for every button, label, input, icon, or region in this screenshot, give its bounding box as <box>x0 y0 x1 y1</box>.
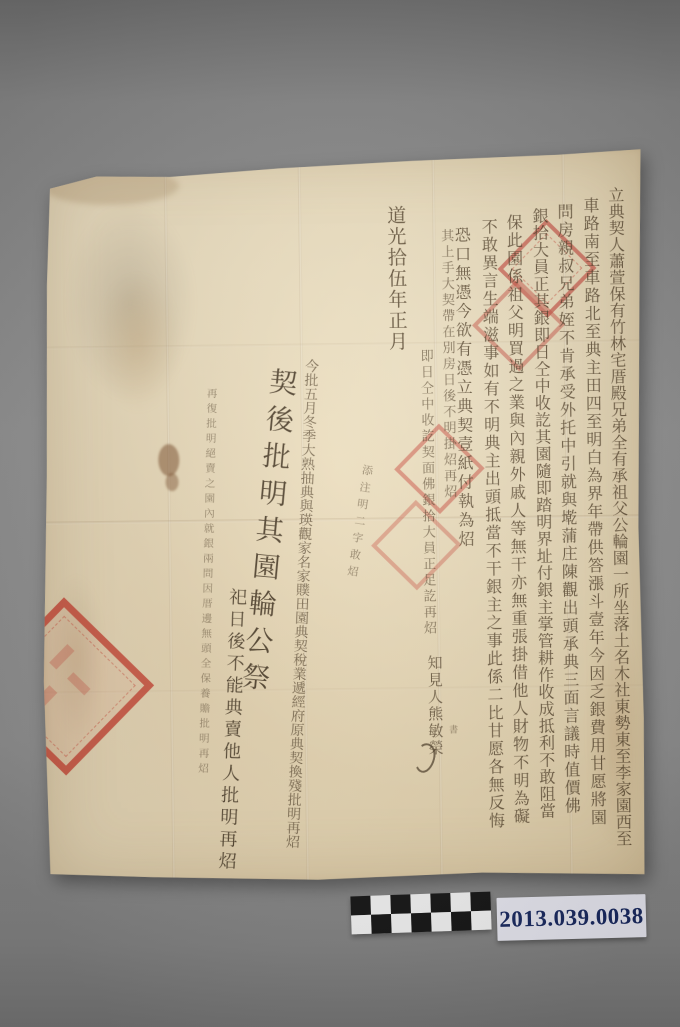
deed-side-note-1: 其上手大契帶在別房日後不明掛炤再炤 <box>438 229 455 529</box>
crease-line <box>164 152 176 885</box>
red-seal-stamp-left-edge <box>0 597 154 775</box>
deed-column-1: 立典契人蕭萱保有竹林宅厝殿兄弟全有承祖父公輪園一所坐落土名木社東勢東至李家園西至 <box>606 187 631 877</box>
scale-bar-square <box>430 893 451 913</box>
annotation-slanted-note: 添注明二字敢炤 <box>342 464 373 599</box>
seal-inner-border <box>0 616 136 757</box>
scale-bar-square <box>410 894 431 914</box>
deed-column-3: 問房親叔兄弟姪不肯承受外托中引就與墘蒲庄陳觀出頭承典三面言議時值價佛 <box>555 203 580 853</box>
museum-photo-scene: 立典契人蕭萱保有竹林宅厝殿兄弟全有承祖父公輪園一所坐落土名木社東勢東至李家園西至… <box>0 0 680 1027</box>
deed-column-6: 不敢異言生端滋事如有不明典主出頭抵當不干銀主之事此係二比甘愿各無反悔 <box>479 218 504 868</box>
witness-suffix: 書 <box>447 725 457 745</box>
deed-column-4: 銀拾大員正其銀即日仝中收訖其園隨即踏明界址付銀主掌管耕作收成抵利不敢阻當 <box>530 207 555 867</box>
scale-bar-square <box>450 892 471 912</box>
annotation-left-edge-note: 再復批明絕賣之園內就銀兩問因厝邊無頭全保養贍批明再炤 <box>196 388 217 808</box>
annotation-big-column-1: 契後批明其園輪公祭 <box>236 366 298 717</box>
stain-mark <box>64 202 196 404</box>
scale-bar-square <box>350 896 371 916</box>
scale-bar-square <box>370 895 391 915</box>
scale-bar-square <box>431 912 452 932</box>
date-column: 道光拾伍年正月 <box>384 205 406 375</box>
scale-bar-square <box>391 913 412 933</box>
scale-bar-square <box>390 894 411 914</box>
crease-line <box>38 339 646 349</box>
stain-mark <box>44 168 179 206</box>
seal-script-mark <box>49 644 74 670</box>
scale-bar-square <box>371 914 392 934</box>
scale-bar-square <box>471 911 492 931</box>
catalog-label-card: 2013.039.0038 <box>496 894 646 941</box>
scale-bar-square <box>451 911 472 931</box>
document-paper-wrapper: 立典契人蕭萱保有竹林宅厝殿兄弟全有承祖父公輪園一所坐落土名木社東勢東至李家園西至… <box>36 146 653 886</box>
crease-line <box>42 684 650 694</box>
scale-bar-square <box>411 913 432 933</box>
scale-bar-square <box>351 915 372 935</box>
scale-bar-square <box>470 892 491 912</box>
deed-column-2: 車路南至車路北至典主田四至明白為界年帶供答漲斗壹年今因乏銀費用甘愿將園 <box>581 197 606 857</box>
crease-line <box>40 514 648 524</box>
annotation-big-column-2: 祀日後不能典賣他人批明再炤 <box>215 587 246 888</box>
catalog-number: 2013.039.0038 <box>499 903 644 933</box>
deed-column-5: 保此園係祖父明買過之業與內親外戚人等無干亦無重張掛借他人財物不明為礙 <box>504 214 529 864</box>
seal-script-mark <box>34 685 57 708</box>
deed-side-note-2: 即日仝中收訖契面佛銀拾大員正足訖再炤 <box>418 349 435 659</box>
stain-mark <box>49 573 106 744</box>
photo-scale-bar <box>350 892 491 935</box>
document-paper: 立典契人蕭萱保有竹林宅厝殿兄弟全有承祖父公輪園一所坐落土名木社東勢東至李家園西至… <box>36 146 653 886</box>
